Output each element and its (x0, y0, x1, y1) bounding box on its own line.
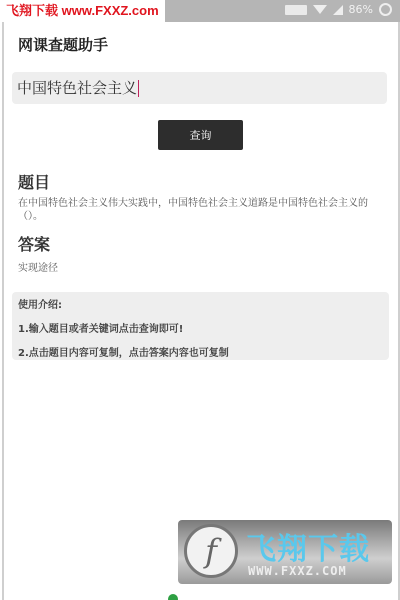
signal-icon (333, 5, 343, 15)
logo-text-en: WWW.FXXZ.COM (248, 564, 347, 578)
status-bar: 飞翔下载 www.FXXZ.com 86% (0, 0, 400, 22)
answer-heading: 答案 (18, 232, 50, 255)
search-input[interactable]: 中国特色社会主义 (12, 72, 387, 104)
battery-percent: 86% (349, 3, 373, 16)
answer-text[interactable]: 实现途径 (18, 259, 58, 274)
text-cursor (138, 80, 139, 97)
instruction-line: 2.点击题目内容可复制，点击答案内容也可复制 (18, 344, 229, 359)
notification-icon (285, 5, 307, 15)
wifi-icon (313, 5, 327, 14)
watermark-text: 飞翔下载 www.FXXZ.com (0, 0, 165, 22)
question-text[interactable]: 在中国特色社会主义伟大实践中，中国特色社会主义道路是中国特色社会主义的（）。 (18, 197, 388, 223)
search-input-value: 中国特色社会主义 (17, 79, 137, 97)
query-button[interactable]: 查询 (158, 120, 243, 150)
instructions-title: 使用介绍: (18, 296, 62, 311)
logo-emblem-icon: f (184, 524, 238, 578)
instructions-panel: 使用介绍: 1.输入题目或者关键词点击查询即可! 2.点击题目内容可复制，点击答… (12, 292, 389, 360)
question-heading: 题目 (18, 170, 50, 193)
nav-indicator-icon (168, 594, 178, 600)
status-icons: 86% (285, 3, 392, 16)
battery-icon (379, 3, 392, 16)
logo-text-cn: 飞翔下载 (246, 524, 370, 568)
app-title: 网课查题助手 (18, 34, 108, 55)
instruction-line: 1.输入题目或者关键词点击查询即可! (18, 320, 183, 335)
watermark-logo: f 飞翔下载 WWW.FXXZ.COM (178, 520, 392, 584)
